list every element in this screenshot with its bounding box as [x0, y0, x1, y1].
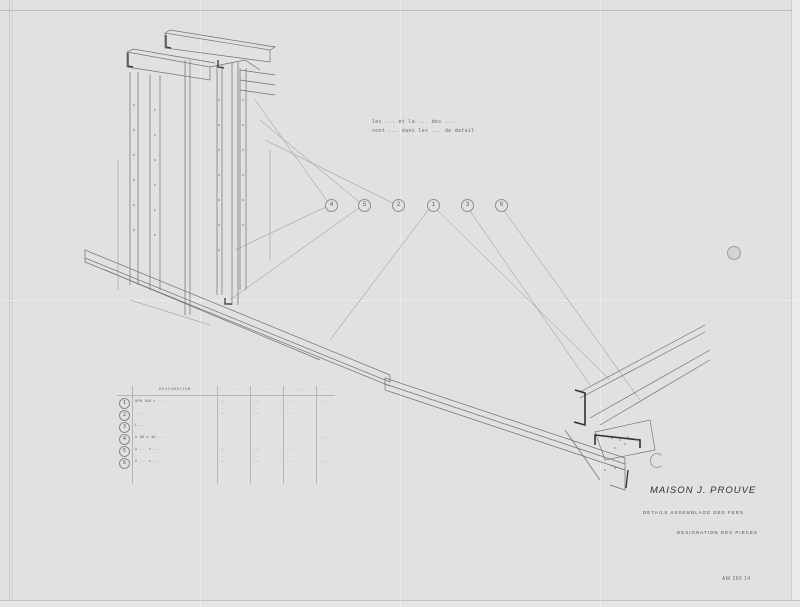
cell-designation: ⊔ ... x ...	[133, 446, 218, 458]
cell: ...	[218, 458, 251, 484]
table-row: 1 UPN 100 x ... ... ... ... ...	[117, 396, 335, 411]
callout-marker: 2	[392, 199, 405, 212]
isometric-steel-assembly-drawing	[0, 0, 800, 607]
cell-designation: ...	[133, 410, 218, 422]
cell	[251, 434, 284, 446]
callout-marker: 3	[461, 199, 474, 212]
cell-designation: UPN 100 x ...	[133, 396, 218, 411]
cell: ...	[284, 396, 317, 411]
parts-table-header: DESIGNATION ... ... ... ...	[117, 386, 335, 396]
cell: ...	[317, 434, 336, 446]
punch-hole-icon	[650, 453, 664, 468]
drawing-sheet: les ... et la ... des ... sont ... dans …	[0, 0, 800, 607]
row-number-badge: 4	[119, 434, 130, 445]
cell: ...	[218, 396, 251, 411]
cell: ...	[251, 396, 284, 411]
table-row: 2 ... ... ... ...	[117, 410, 335, 422]
cell: ...	[317, 458, 336, 484]
cell	[251, 422, 284, 434]
annotation-note: les ... et la ... des ... sont ... dans …	[372, 118, 475, 136]
cell: ...	[284, 458, 317, 484]
cell	[284, 422, 317, 434]
column-header: ...	[317, 386, 336, 396]
column-header: ...	[284, 386, 317, 396]
annotation-note-line: sont ... dans les ... de detail	[372, 127, 475, 136]
row-number-badge: 2	[119, 410, 130, 421]
cell: ...	[284, 446, 317, 458]
cell: ...	[251, 410, 284, 422]
annotation-note-line: les ... et la ... des ...	[372, 118, 475, 127]
callout-marker: 4	[325, 199, 338, 212]
cell-designation: ⊔ ... x ...	[133, 458, 218, 484]
callout-marker: 1	[427, 199, 440, 212]
cell	[317, 410, 336, 422]
cell: ...	[284, 410, 317, 422]
cell: ...	[218, 410, 251, 422]
row-number-badge: 6	[119, 458, 130, 469]
callout-marker: 5	[358, 199, 371, 212]
cell: ...	[218, 446, 251, 458]
table-row: 3 L ...	[117, 422, 335, 434]
cell	[218, 434, 251, 446]
joint-detail	[565, 325, 710, 480]
callout-marker: 6	[495, 199, 508, 212]
cell: ...	[251, 446, 284, 458]
cell: ...	[251, 458, 284, 484]
column-assembly	[85, 30, 390, 386]
cell-designation: L ...	[133, 422, 218, 434]
column-header: ...	[218, 386, 251, 396]
cell-designation: ⊔ 80 x 40 ...	[133, 434, 218, 446]
drawing-subtitle: DETAILS ASSEMBLAGE DES FERS	[643, 510, 744, 515]
archive-reference: AM 266 14	[722, 576, 751, 582]
archive-stamp-icon	[727, 246, 741, 260]
table-row: 6 ⊔ ... x ... ... ... ... ...	[117, 458, 335, 484]
cell	[218, 422, 251, 434]
drawing-title: MAISON J. PROUVE	[650, 485, 756, 496]
row-number-badge: 1	[119, 398, 130, 409]
parts-table: DESIGNATION ... ... ... ... 1 UPN 100 x …	[117, 386, 335, 484]
row-number-badge: 5	[119, 446, 130, 457]
floor-beam	[385, 378, 625, 490]
drawing-subtitle: DESIGNATION DES PIECES	[677, 530, 758, 535]
row-number-badge: 3	[119, 422, 130, 433]
cell	[284, 434, 317, 446]
cell	[317, 446, 336, 458]
column-header: DESIGNATION	[133, 386, 218, 396]
table-row: 5 ⊔ ... x ... ... ... ...	[117, 446, 335, 458]
cell	[317, 422, 336, 434]
column-header: ...	[251, 386, 284, 396]
cell: ...	[317, 396, 336, 411]
table-row: 4 ⊔ 80 x 40 ... ...	[117, 434, 335, 446]
